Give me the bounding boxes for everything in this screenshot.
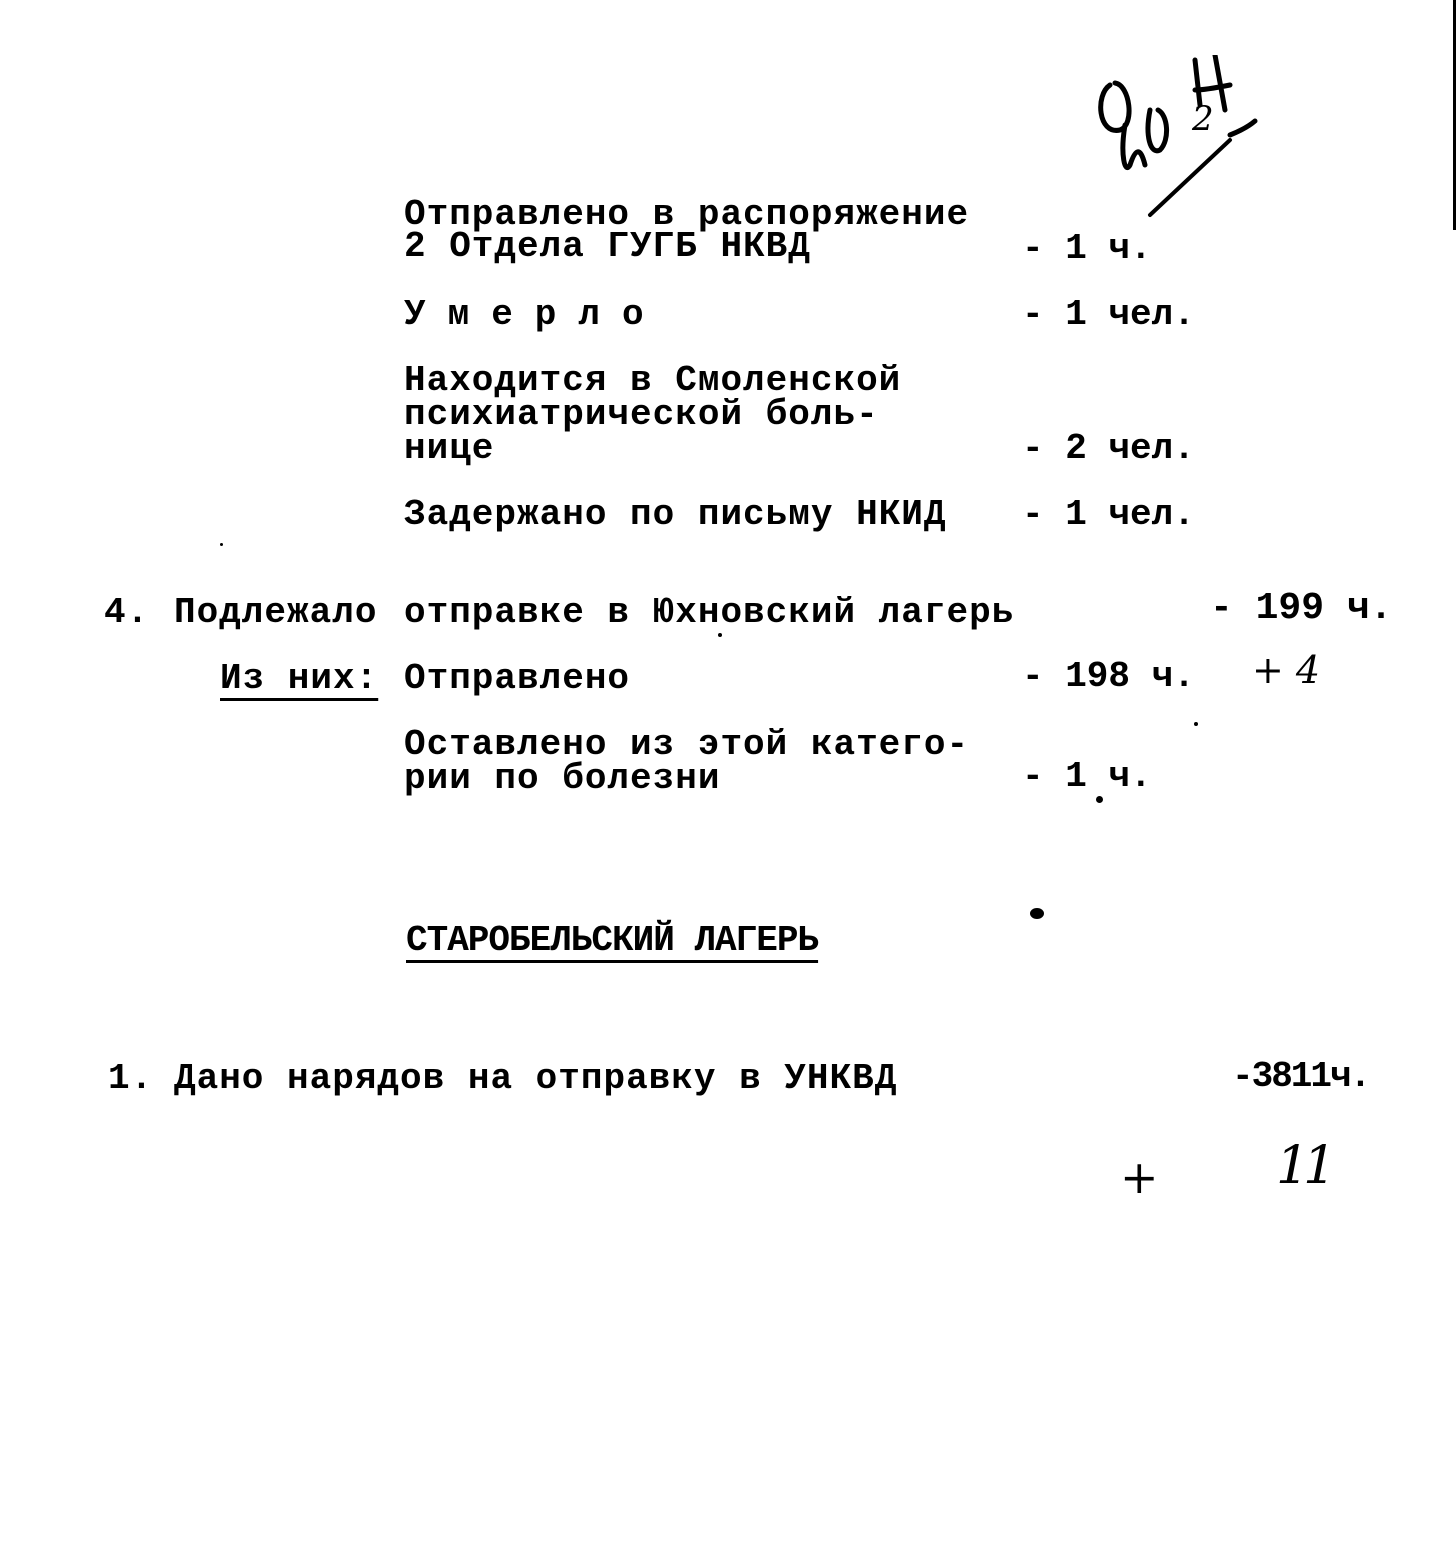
row-value-detained-nkid: - 1 чел. xyxy=(1022,500,1195,530)
ink-speck xyxy=(1096,796,1103,803)
row-label-hospital-line2: психиатрической боль- xyxy=(404,400,879,430)
item4-sub-sent-handwritten-note: + 4 xyxy=(1252,648,1320,692)
starobelsk-item1-text: Дано нарядов на отправку в УНКВД xyxy=(174,1064,897,1094)
row-label-sent-gugb-line2: 2 Отдела ГУГБ НКВД xyxy=(404,232,811,262)
item4-sub-sent-value: - 198 ч. xyxy=(1022,662,1195,692)
ink-speck xyxy=(220,543,223,546)
document-page: 2 Отправлено в распоряжение 2 Отдела ГУГ… xyxy=(0,0,1456,1552)
item4-text: отправке в Юхновский лагерь xyxy=(404,598,1014,628)
ink-speck xyxy=(1030,908,1044,919)
item4-number: 4. xyxy=(104,598,149,628)
ink-speck xyxy=(1194,722,1198,726)
starobelsk-item1-number: 1. xyxy=(108,1064,153,1094)
item4-prefix: Подлежало xyxy=(174,598,377,628)
row-label-hospital-line1: Находится в Смоленской xyxy=(404,366,901,396)
row-value-died: - 1 чел. xyxy=(1022,300,1195,330)
item4-value: - 199 ч. xyxy=(1210,594,1392,624)
handwritten-page-mark: 2 xyxy=(1090,55,1270,225)
starobelsk-item1-handwritten-value: 11 xyxy=(1276,1136,1330,1196)
item4-sub-left-label-line1: Оставлено из этой катего- xyxy=(404,730,969,760)
starobelsk-item1-value: -3811ч. xyxy=(1232,1062,1369,1092)
row-label-hospital-line3: нице xyxy=(404,434,494,464)
ink-speck xyxy=(718,633,722,637)
item4-of-them-label: Из них: xyxy=(220,664,378,694)
item4-sub-sent-label: Отправлено xyxy=(404,664,630,694)
svg-text:2: 2 xyxy=(1191,99,1214,139)
section-heading-starobelsk: СТАРОБЕЛЬСКИЙ ЛАГЕРЬ xyxy=(406,926,818,956)
row-label-died: Умерло xyxy=(404,300,666,330)
item4-sub-left-label-line2: рии по болезни xyxy=(404,764,720,794)
starobelsk-item1-handwritten-plus: + xyxy=(1120,1150,1159,1204)
item4-sub-left-value: - 1 ч. xyxy=(1022,762,1152,792)
row-value-hospital: - 2 чел. xyxy=(1022,434,1195,464)
row-label-detained-nkid: Задержано по письму НКИД xyxy=(404,500,946,530)
row-value-sent-gugb: - 1 ч. xyxy=(1022,234,1152,264)
